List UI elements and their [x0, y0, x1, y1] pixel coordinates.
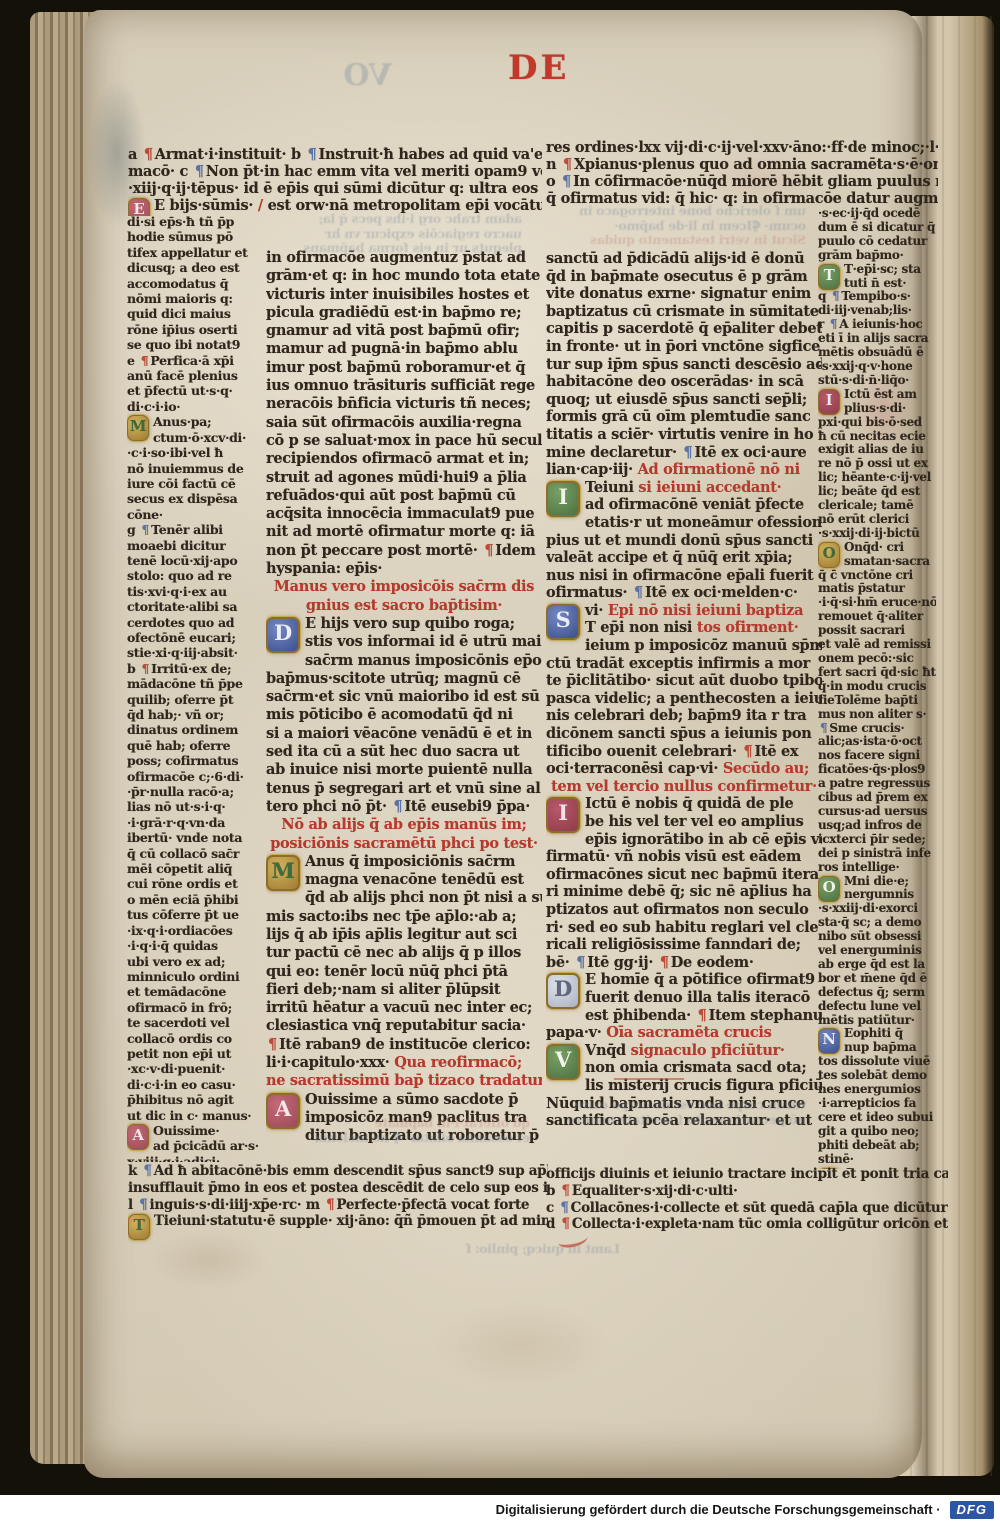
text-line: bor et m̄ene q̄d ē: [818, 972, 936, 986]
text-segment: alic;as·ista·ō·oct: [818, 734, 922, 748]
bleed-through-text: tur in corpe hoc est de corpe exirenō pe…: [556, 1098, 806, 1127]
text-segment: neracōis bn̄ficia victuris tñ neces;: [266, 395, 531, 412]
text-segment: ·xiij·q·ij·tēpus· id ē ep̄is qui sūmi di…: [128, 180, 542, 197]
text-line: ab inuice nisi morte puientē nulla: [266, 761, 542, 779]
text-segment: sac̄rm manus imposicōnis ep̄o:·ā: [305, 652, 542, 669]
text-line: mētis obsuādū ē: [818, 346, 936, 360]
text-line: usq;ad infros de: [818, 819, 936, 833]
text-line: capitis p sacerdotē q̄ ep̄aliter debet: [546, 320, 822, 338]
bleed-segment: q̄d offerat·ſ·in bap̄mate: [375, 1115, 530, 1130]
text-line: rōne ip̄ius oserti: [127, 322, 265, 337]
text-segment: et temādacōne: [127, 984, 226, 999]
text-line: victuris inter inuisibiles hostes et: [266, 286, 542, 304]
text-segment: lic; hēante·c·ij·vel: [818, 470, 931, 484]
text-segment: E bijs·sūmis·: [154, 197, 258, 214]
text-segment: E homīe q̄ a pōtifice ofirmat9: [585, 971, 815, 988]
text-line: et temādacōne: [127, 984, 265, 999]
text-segment: pius ut et mundi donū sp̄us sancti: [546, 532, 813, 549]
text-line: stinē·: [818, 1153, 936, 1167]
text-segment: Secūdo au;: [723, 760, 809, 777]
text-line: ·p̄r·nulla racō·a;: [127, 784, 265, 799]
text-segment: irritū hēatur a vacuū nec inter ec;: [266, 999, 532, 1016]
text-line: cerdotes quo ad: [127, 615, 265, 630]
bleed-line: Sicut in vetri testamento quidas: [556, 233, 806, 248]
text-line: ofirmacōnes sicut nec bap̄mū itera: [546, 866, 822, 884]
text-line: be his vel ter vel eo amplius: [546, 813, 822, 831]
text-segment: dicusq; a deo est: [127, 260, 239, 275]
text-line: lias nō ut·s·i·q·: [127, 799, 265, 814]
text-segment: q̄d ab alijs phci non p̄t nisi a sūm: [305, 889, 542, 906]
text-segment: be his vel ter vel eo amplius: [585, 813, 804, 830]
text-line: cere et ideo subui: [818, 1111, 936, 1125]
text-segment: A ieiunis·hoc: [839, 317, 922, 331]
text-line: nibo sūt obsessi: [818, 930, 936, 944]
text-segment: tur pactū cē nec ab alijs q̄ p illos: [266, 944, 521, 961]
text-segment: E hijs vero sup quibo roga;: [305, 615, 515, 632]
text-line: ofirmatus· ¶Itē ex oci·melden·c·: [546, 584, 822, 602]
text-segment: d: [546, 1216, 560, 1232]
text-segment: possit sacrari: [818, 623, 905, 637]
digitized-manuscript-view: DE a ¶Armat·i·instituit· b ¶Instruit·ħ h…: [0, 0, 1000, 1524]
text-segment: Itē raban9 de institucōe clerico:: [279, 1036, 531, 1053]
text-line: etatis·r ut moneāmur ofessionē facē: [546, 514, 822, 532]
text-segment: mētis patiūtur·: [818, 1013, 915, 1027]
text-segment: est p̄hibenda·: [585, 1007, 696, 1024]
pilcrow-mark: ¶: [658, 954, 671, 971]
text-line: ros intellige·: [818, 861, 936, 875]
text-line: ctoritate·alibi sa: [127, 599, 265, 614]
text-segment: moaebi dicitur: [127, 538, 226, 553]
text-line: p̄hibitus nō agit: [127, 1092, 265, 1107]
text-line: possit sacrari: [818, 624, 936, 638]
text-segment: hyspania: ep̄is·: [266, 560, 382, 577]
text-segment: formis grā cū oīm plemtudīe sanc: [546, 408, 811, 425]
text-segment: cui rōne ordis et: [127, 876, 238, 891]
text-line: vite donatus exrne· signatur enim: [546, 285, 822, 303]
text-segment: ·i·q·i·q̄ quidas: [127, 938, 218, 953]
text-line: fieTolēme bap̄ti: [818, 694, 936, 708]
text-segment: minniculo ordini: [127, 969, 240, 984]
text-line: hodie sūmus pō: [127, 229, 265, 244]
text-line: baptizatus cū crismate in sūmitate: [546, 303, 822, 321]
text-segment: tur sup ip̄m sp̄us sancti descēsio ad: [546, 356, 822, 373]
text-segment: papa·v·: [546, 1024, 606, 1041]
text-line: r ¶A ieiunis·hoc: [818, 318, 936, 332]
text-segment: Ouissime·: [153, 1123, 219, 1138]
text-segment: Oīa sacramēta crucis: [606, 1024, 771, 1041]
text-line: non p̄t peccare post mortē· ¶Idem: [266, 542, 542, 560]
text-segment: tos dissolute viuē: [818, 1054, 930, 1068]
text-line: fuerit denuo illa talis iteracō: [546, 989, 822, 1007]
text-segment: l: [128, 1197, 137, 1213]
text-line: di·c·i·in eo casu·: [127, 1077, 265, 1092]
text-line: MAnus q̄ imposiciōnis sac̄rm: [266, 853, 542, 871]
text-line: quid dici maius: [127, 306, 265, 321]
text-segment: Vnq̄d: [585, 1042, 631, 1059]
text-line: dinatus ordinem: [127, 722, 265, 737]
illuminated-initial: D: [266, 617, 300, 653]
text-line: e ¶Perfica·ā xp̄i: [127, 353, 265, 368]
text-segment: q̄·in modu crucis: [818, 679, 926, 693]
text-segment: et p̄fectū ut·s·q·: [127, 383, 233, 398]
text-line: vel energuminis: [818, 944, 936, 958]
text-segment: b: [127, 661, 140, 676]
text-segment: ad ofirmacōnē veniāt p̄fecte: [585, 496, 804, 513]
text-line: pius ut et mundi donū sp̄us sancti: [546, 532, 822, 550]
text-segment: q̄ c̄ vnctōne cri: [818, 568, 913, 582]
text-segment: mus non aliter s·: [818, 707, 926, 721]
text-segment: si ieiuni accedant·: [638, 479, 781, 496]
text-line: qui eo: tenēr locū nūq̄ phci p̄tā: [266, 963, 542, 981]
text-segment: mine declaretur·: [546, 444, 682, 461]
text-line: li·i·capitulo·xxx· Qua reofirmacō;: [266, 1054, 542, 1072]
text-segment: Mni die·e;: [844, 874, 909, 888]
text-line: accomodatus q̄: [127, 276, 265, 291]
illuminated-initial: V: [546, 1044, 580, 1080]
text-line: dicōnem sancti sp̄us a ieiunis pon: [546, 725, 822, 743]
text-line: mine declaretur· ¶Itē ex oci·aure: [546, 444, 822, 462]
text-line: defectu lune vel: [818, 1000, 936, 1014]
text-segment: Tempibo·s·: [841, 289, 910, 303]
text-line: ri· sed eo sub habitu reglari vel cle: [546, 919, 822, 937]
text-segment: pasca videlic; a penthecosten a ieiu: [546, 690, 822, 707]
text-line: ibertū· vnde nota: [127, 830, 265, 845]
text-segment: Perfecte·p̄fectā vocat forte: [336, 1197, 529, 1213]
text-segment: secus ex dispēsa: [127, 491, 237, 506]
text-segment: q̄d in bap̄mate osecutus ē p grām: [546, 268, 807, 285]
bleed-line: nō peccari merito ſ necitate mamre: [556, 1113, 806, 1128]
text-segment: nō erūt clerici: [818, 512, 909, 526]
text-line: est p̄hibenda· ¶Item stephanus: [546, 1007, 822, 1025]
text-line: refuādos·qui aūt post bap̄mū cū: [266, 487, 542, 505]
text-segment: tificibo ouenit celebrari·: [546, 743, 742, 760]
text-segment: di·si ep̄s·ħ tñ p̄p: [127, 214, 234, 229]
text-line: habitacōne deo oscerādas· in scā: [546, 373, 822, 391]
text-line: stū·s·di·n̄·liq̄o·: [818, 374, 936, 388]
text-line: ·ix·q·i·ordiacōes: [127, 923, 265, 938]
illuminated-initial: M: [266, 855, 300, 891]
text-segment: T·ep̄i·sc; sta: [844, 262, 921, 276]
text-line: cō p se saluat·mox in pace hū seculi: [266, 432, 542, 450]
text-segment: b: [546, 1183, 560, 1199]
text-segment: Onq̄d· cri: [844, 540, 904, 554]
text-segment: in fronte· ut in p̄ori vnctōne sigfice: [546, 338, 820, 355]
text-segment: Epi nō nisi ieiuni baptiza: [608, 602, 803, 619]
text-line: secus ex dispēsa: [127, 491, 265, 506]
bleed-segment: Lamt in quicq; pinlio: ſ: [466, 1241, 620, 1256]
text-segment: clericale; tamē: [818, 498, 913, 512]
text-segment: q̄d hab;· vñ or;: [127, 707, 224, 722]
text-line: dum ē si dicatur q̄: [818, 221, 936, 235]
text-segment: ·i·q̄·si·hm̄ eruce·nō: [818, 595, 936, 609]
text-segment: Nō ab alijs q̄ ab ep̄is manūs im;: [281, 816, 526, 833]
text-line: lis misterij crucis figura pficiūtur·: [546, 1077, 822, 1095]
text-line: stolo: quo ad re: [127, 568, 265, 583]
text-line: sac̄rm manus imposicōnis ep̄o:·ā: [266, 652, 542, 670]
text-segment: nis celebrari deb; bap̄m9 ita r tra: [546, 707, 806, 724]
text-segment: ab erge q̄d est la: [818, 957, 925, 971]
text-line: nō inuiemmus de: [127, 461, 265, 476]
illuminated-initial: T: [818, 264, 840, 290]
text-line: q̄ cū collacō sac̄r: [127, 846, 265, 861]
text-segment: li·i·capitulo·xxx·: [266, 1054, 394, 1071]
bleed-line: adam trahc org i·ihs pecs q̄ la;: [286, 212, 522, 227]
text-segment: ·c·i·so·ibi·vel ħ: [127, 445, 223, 460]
pilcrow-mark: ¶: [828, 317, 839, 331]
text-segment: vite donatus exrne· signatur enim: [546, 285, 811, 302]
text-segment: tero phci nō p̄t·: [266, 798, 391, 815]
text-segment: q̄ cū collacō sac̄r: [127, 846, 239, 861]
pilcrow-mark: ¶: [482, 542, 495, 559]
text-segment: grām·et q: in hoc mundo tota etate: [266, 267, 540, 284]
text-line: nus nisi in ofirmacōne ep̄ali fuerit: [546, 567, 822, 585]
column-bottom-left: k ¶Ad ħ abitacōnē·bis emm descendit sp̄u…: [128, 1163, 548, 1249]
text-segment: Itē ex oci·aure: [694, 444, 806, 461]
text-segment: firmatū· vñ nobis visū est eādem: [546, 848, 801, 865]
text-segment: insufflauit p̄mo in eos et postea descēd…: [128, 1180, 548, 1196]
text-segment: capitis p sacerdotē q̄ ep̄aliter debet: [546, 320, 822, 337]
text-line: tem vel tercio nullus confirmetur·: [546, 778, 822, 796]
text-segment: di·c·i·io·: [127, 399, 180, 414]
text-line: a patre regressus: [818, 777, 936, 791]
illuminated-initial: A: [266, 1093, 300, 1129]
text-segment: o mēn eciā p̄hibi: [127, 892, 238, 907]
text-segment: Xpianus·plenus quo ad omnia sacramēta·s·…: [574, 156, 938, 173]
text-line: macō· c ¶Non p̄t·in hac emm vita vel mer…: [128, 163, 542, 180]
text-line: ieium p imposicōz manuū sp̄m san: [546, 637, 822, 655]
pilcrow-mark: ¶: [558, 1200, 570, 1216]
text-segment: ubi vero ex ad;: [127, 954, 225, 969]
text-segment: titatis a sciēr· virtutis venire in ho: [546, 426, 813, 443]
text-line: magna venacōne tenēdū est: [266, 871, 542, 889]
text-segment: ri minime debē q̄; sic nē ap̄lius ha: [546, 883, 811, 900]
text-segment: ·s·xxij·di·ij·bictū: [818, 526, 920, 540]
bleed-line: ocum· ⸿Icem in li·de bap̄mo·: [556, 219, 806, 234]
text-line: IIctū ēst am: [818, 388, 936, 402]
text-line: di·iij·venab;lis·: [818, 304, 936, 318]
text-line: phiti debeāt ab;: [818, 1139, 936, 1153]
footer-credit-text: Digitalisierung gefördert durch die Deut…: [496, 1502, 941, 1517]
text-line: ctū tradāt exceptis infirmis a mor: [546, 655, 822, 673]
text-segment: cibus ad p̄rem ex: [818, 790, 927, 804]
text-segment: mētis obsuādū ē: [818, 345, 923, 359]
text-segment: smatan·sacra: [844, 554, 930, 568]
text-line: tis·xvi·q·i·ex au: [127, 584, 265, 599]
pilcrow-mark: ¶: [830, 289, 841, 303]
text-segment: ·xc·v·di·puenit·: [127, 1061, 225, 1076]
text-line: te sacerdoti vel: [127, 1015, 265, 1030]
text-segment: mis sacto:ibs nec tp̄e ap̄lo:·ab a;: [266, 908, 516, 925]
text-segment: nup bap̄ma: [844, 1040, 916, 1054]
text-segment: o: [546, 173, 560, 190]
pilcrow-mark: ¶: [141, 1163, 153, 1179]
text-segment: plius·s·di·: [844, 401, 906, 415]
text-line: si a maiori vēacōne venādū ē et in: [266, 725, 542, 743]
illuminated-initial: S: [546, 604, 580, 640]
text-line: nōmi maioris q:: [127, 291, 265, 306]
bleed-through-text: q̄d offerat·ſ·in bap̄mateet ossanna oila…: [300, 1116, 530, 1145]
text-line: nes energumios: [818, 1083, 936, 1097]
text-line: T ep̄i non nisi tos ofirment·: [546, 619, 822, 637]
text-segment: stolo: quo ad re: [127, 568, 232, 583]
text-segment: matis p̄statur: [818, 581, 905, 595]
text-segment: puulo cō cedatur: [818, 234, 927, 248]
text-segment: ros intellige·: [818, 860, 899, 874]
text-line: clericale; tamē: [818, 499, 936, 513]
bleed-segment: adam trahc org i·ihs pecs q̄ la;: [319, 211, 522, 226]
pilcrow-mark: ¶: [632, 584, 645, 601]
text-line: ofirmacōe c;·6·di·: [127, 769, 265, 784]
text-line: sed ita cū a sūt hec duo sacra ut: [266, 743, 542, 761]
text-line: VVnq̄d signaculo pficiūtur·: [546, 1042, 822, 1060]
text-segment: quoq; ut eiusdē sp̄us sancti sep̄li;: [546, 391, 807, 408]
text-segment: tenē locū·xij·apo: [127, 553, 237, 568]
column-margin-left: di·si ep̄s·ħ tñ p̄phodie sūmus pōtifex a…: [127, 214, 265, 1162]
text-line: b ¶Irritū·ex de;: [127, 661, 265, 676]
text-line: quilib; oferre p̄t: [127, 692, 265, 707]
bleed-line: uacro regiacōis expicur vn hr: [286, 227, 522, 242]
text-segment: git a quibo neo;: [818, 1124, 919, 1138]
text-line: TT·ep̄i·sc; sta: [818, 263, 936, 277]
text-segment: ad p̄cicādū ar·s·: [153, 1138, 259, 1153]
text-line: irritū hēatur a vacuū nec inter ec;: [266, 999, 542, 1017]
text-segment: a: [128, 146, 142, 163]
text-segment: nos facere signi: [818, 748, 920, 762]
text-line: dei p sinistrā infe: [818, 847, 936, 861]
text-segment: vel energuminis: [818, 943, 922, 957]
text-segment: nibo sūt obsessi: [818, 929, 921, 943]
text-segment: res ordines·lxx vij·di·c·ij·vel·xxv·āno:…: [546, 139, 938, 156]
text-line: remouet q̄·aliter: [818, 610, 936, 624]
text-segment: stie·xi·q·iij·absit·: [127, 645, 238, 660]
text-segment: mis pōticibo ē acomodatū q̄d ni: [266, 706, 513, 723]
illuminated-initial: A: [127, 1124, 149, 1150]
text-line: cursus·ad uersus: [818, 805, 936, 819]
pilcrow-mark: ¶: [391, 798, 404, 815]
text-line: grām bap̄mo·: [818, 249, 936, 263]
text-segment: dei p sinistrā infe: [818, 846, 931, 860]
text-segment: Itē eusebi9 p̄pa·: [404, 798, 530, 815]
text-line: di·c·i·io·: [127, 399, 265, 414]
text-segment: valeāt accipe et q̄ nūq̄ erit xp̄ia;: [546, 549, 792, 566]
text-line: tur pactū cē nec ab alijs q̄ p illos: [266, 944, 542, 962]
text-segment: te p̄iclitātibo· sicut aūt duobo tpibo: [546, 672, 822, 689]
text-line: in fronte· ut in p̄ori vnctōne sigfice: [546, 338, 822, 356]
text-line: ofectōnē eucari;: [127, 630, 265, 645]
text-line: bap̄mus·scitote utrūq; magnū cē: [266, 670, 542, 688]
bleed-segment: VO: [344, 58, 392, 93]
bleed-through-text: Lamt in quicq; pinlio: ſ: [380, 1242, 620, 1257]
text-segment: Itē ex oci·melden·c·: [645, 584, 798, 601]
text-segment: usq;ad infros de: [818, 818, 922, 832]
text-line: tur sup ip̄m sp̄us sancti descēsio ad: [546, 356, 822, 374]
text-segment: nōmi maioris q:: [127, 291, 233, 306]
text-segment: et valē ad remissi: [818, 637, 931, 651]
text-segment: picula gradiēdū est·in bap̄mo re;: [266, 304, 521, 321]
text-segment: gnamur ad vitā post bap̄mū ofir;: [266, 322, 520, 339]
text-segment: nes energumios: [818, 1082, 921, 1096]
pilcrow-mark: ¶: [137, 1197, 149, 1213]
text-segment: ctū tradāt exceptis infirmis a mor: [546, 655, 810, 672]
text-line: ·s·xxij·di·ij·bictū: [818, 527, 936, 541]
text-line: mādacōne tñ p̄pe: [127, 676, 265, 691]
illuminated-initial: I: [546, 797, 580, 833]
text-segment: ofirmacōnes sicut nec bap̄mū itera: [546, 866, 819, 883]
text-line: ptizatos aut ofirmatos non seculo: [546, 901, 822, 919]
text-segment: hodie sūmus pō: [127, 229, 233, 244]
text-segment: fert sacri q̄d·sic ħt: [818, 665, 936, 679]
text-line: tos dissolute viuē: [818, 1055, 936, 1069]
text-segment: nergumnis: [844, 887, 914, 901]
text-segment: sed ita cū a sūt hec duo sacra ut: [266, 743, 519, 760]
text-line: q̄·in modu crucis: [818, 680, 936, 694]
text-segment: Tieiuni·statutu·ē supple· xij·āno: q̄ñ p…: [154, 1213, 548, 1229]
text-line: git a quibo neo;: [818, 1125, 936, 1139]
text-line: res ordines·lxx vij·di·c·ij·vel·xxv·āno:…: [546, 139, 938, 156]
text-segment: bē·: [546, 954, 574, 971]
text-line: o mēn eciā p̄hibi: [127, 892, 265, 907]
text-line: tus cōferre p̄t ue: [127, 907, 265, 922]
text-segment: ·s·xxij·q·v·hone: [818, 359, 913, 373]
pilcrow-mark: ¶: [818, 721, 829, 735]
text-segment: bor et m̄ene q̄d ē: [818, 971, 927, 985]
text-segment: inguis·s·di·iiij·xp̄e·rc· m: [150, 1197, 325, 1213]
text-segment: Tenēr alibi: [151, 522, 223, 537]
text-line: g ¶Tenēr alibi: [127, 522, 265, 537]
text-segment: tos ofirment·: [697, 619, 799, 636]
text-line: ep̄is ignorātibo in ab cē ep̄is vel: [546, 831, 822, 849]
text-segment: sta·q̄ sc; a demo: [818, 915, 921, 929]
text-line: et valē ad remissi: [818, 638, 936, 652]
text-segment: Teiuni: [585, 479, 638, 496]
text-segment: ricali religiōsissime fanndari de;: [546, 936, 801, 953]
text-segment: phiti debeāt ab;: [818, 1138, 919, 1152]
text-segment: e: [127, 353, 139, 368]
text-segment: lian·cap·iij·: [546, 461, 638, 478]
text-segment: r: [818, 317, 828, 331]
text-line: lijs q̄ ab ip̄is ap̄lis legitur aut sci: [266, 926, 542, 944]
text-segment: ptizatos aut ofirmatos non seculo: [546, 901, 808, 918]
bleed-segment: Sicut in vetri testamento quidas: [590, 232, 806, 247]
text-line: AOuissime a sūmo sacdote p̄: [266, 1091, 542, 1109]
text-line: clesiastica vnq̄ reputabitur sacia·: [266, 1017, 542, 1035]
text-line: ·s·ec·ij·q̄d ocedē: [818, 207, 936, 221]
pilcrow-mark: ¶: [560, 1216, 572, 1232]
bleed-segment: et ossanna oilatar· ⸿ ne melchia: [315, 1130, 530, 1145]
text-segment: cerdotes quo ad: [127, 615, 234, 630]
text-line: oci·terraconēsi cap·vi· Secūdo au;: [546, 760, 822, 778]
text-segment: Equaliter·s·xij·di·c·ulti·: [572, 1183, 738, 1199]
text-segment: non p̄t peccare post mortē·: [266, 542, 482, 559]
text-line: eti ī in alijs sacra: [818, 332, 936, 346]
text-segment: poss; cofirmatus: [127, 753, 238, 768]
text-segment: si a maiori vēacōne venādū ē et in: [266, 725, 532, 742]
text-segment: macō· c: [128, 163, 193, 180]
text-segment: fieri deb;·nam si aliter p̄lūpsit: [266, 981, 500, 998]
text-line: DE hijs vero sup quibo roga;: [266, 615, 542, 633]
text-line: poss; cofirmatus: [127, 753, 265, 768]
text-line: cui rōne ordis et: [127, 876, 265, 891]
text-segment: baptizatus cū crismate in sūmitate: [546, 303, 819, 320]
text-line: tenus p̄ segregari art et vnū sine al: [266, 780, 542, 798]
illuminated-initial: N: [818, 1028, 840, 1054]
text-line: valeāt accipe et q̄ nūq̄ erit xp̄ia;: [546, 549, 822, 567]
text-line: insufflauit p̄mo in eos et postea descēd…: [128, 1180, 548, 1197]
text-segment: te sacerdoti vel: [127, 1015, 229, 1030]
text-line: onem pecō:·sic: [818, 652, 936, 666]
text-segment: sanctū ad p̄dicādū alijs·id ē donū: [546, 250, 804, 267]
text-line: grām·et q: in hoc mundo tota etate: [266, 267, 542, 285]
